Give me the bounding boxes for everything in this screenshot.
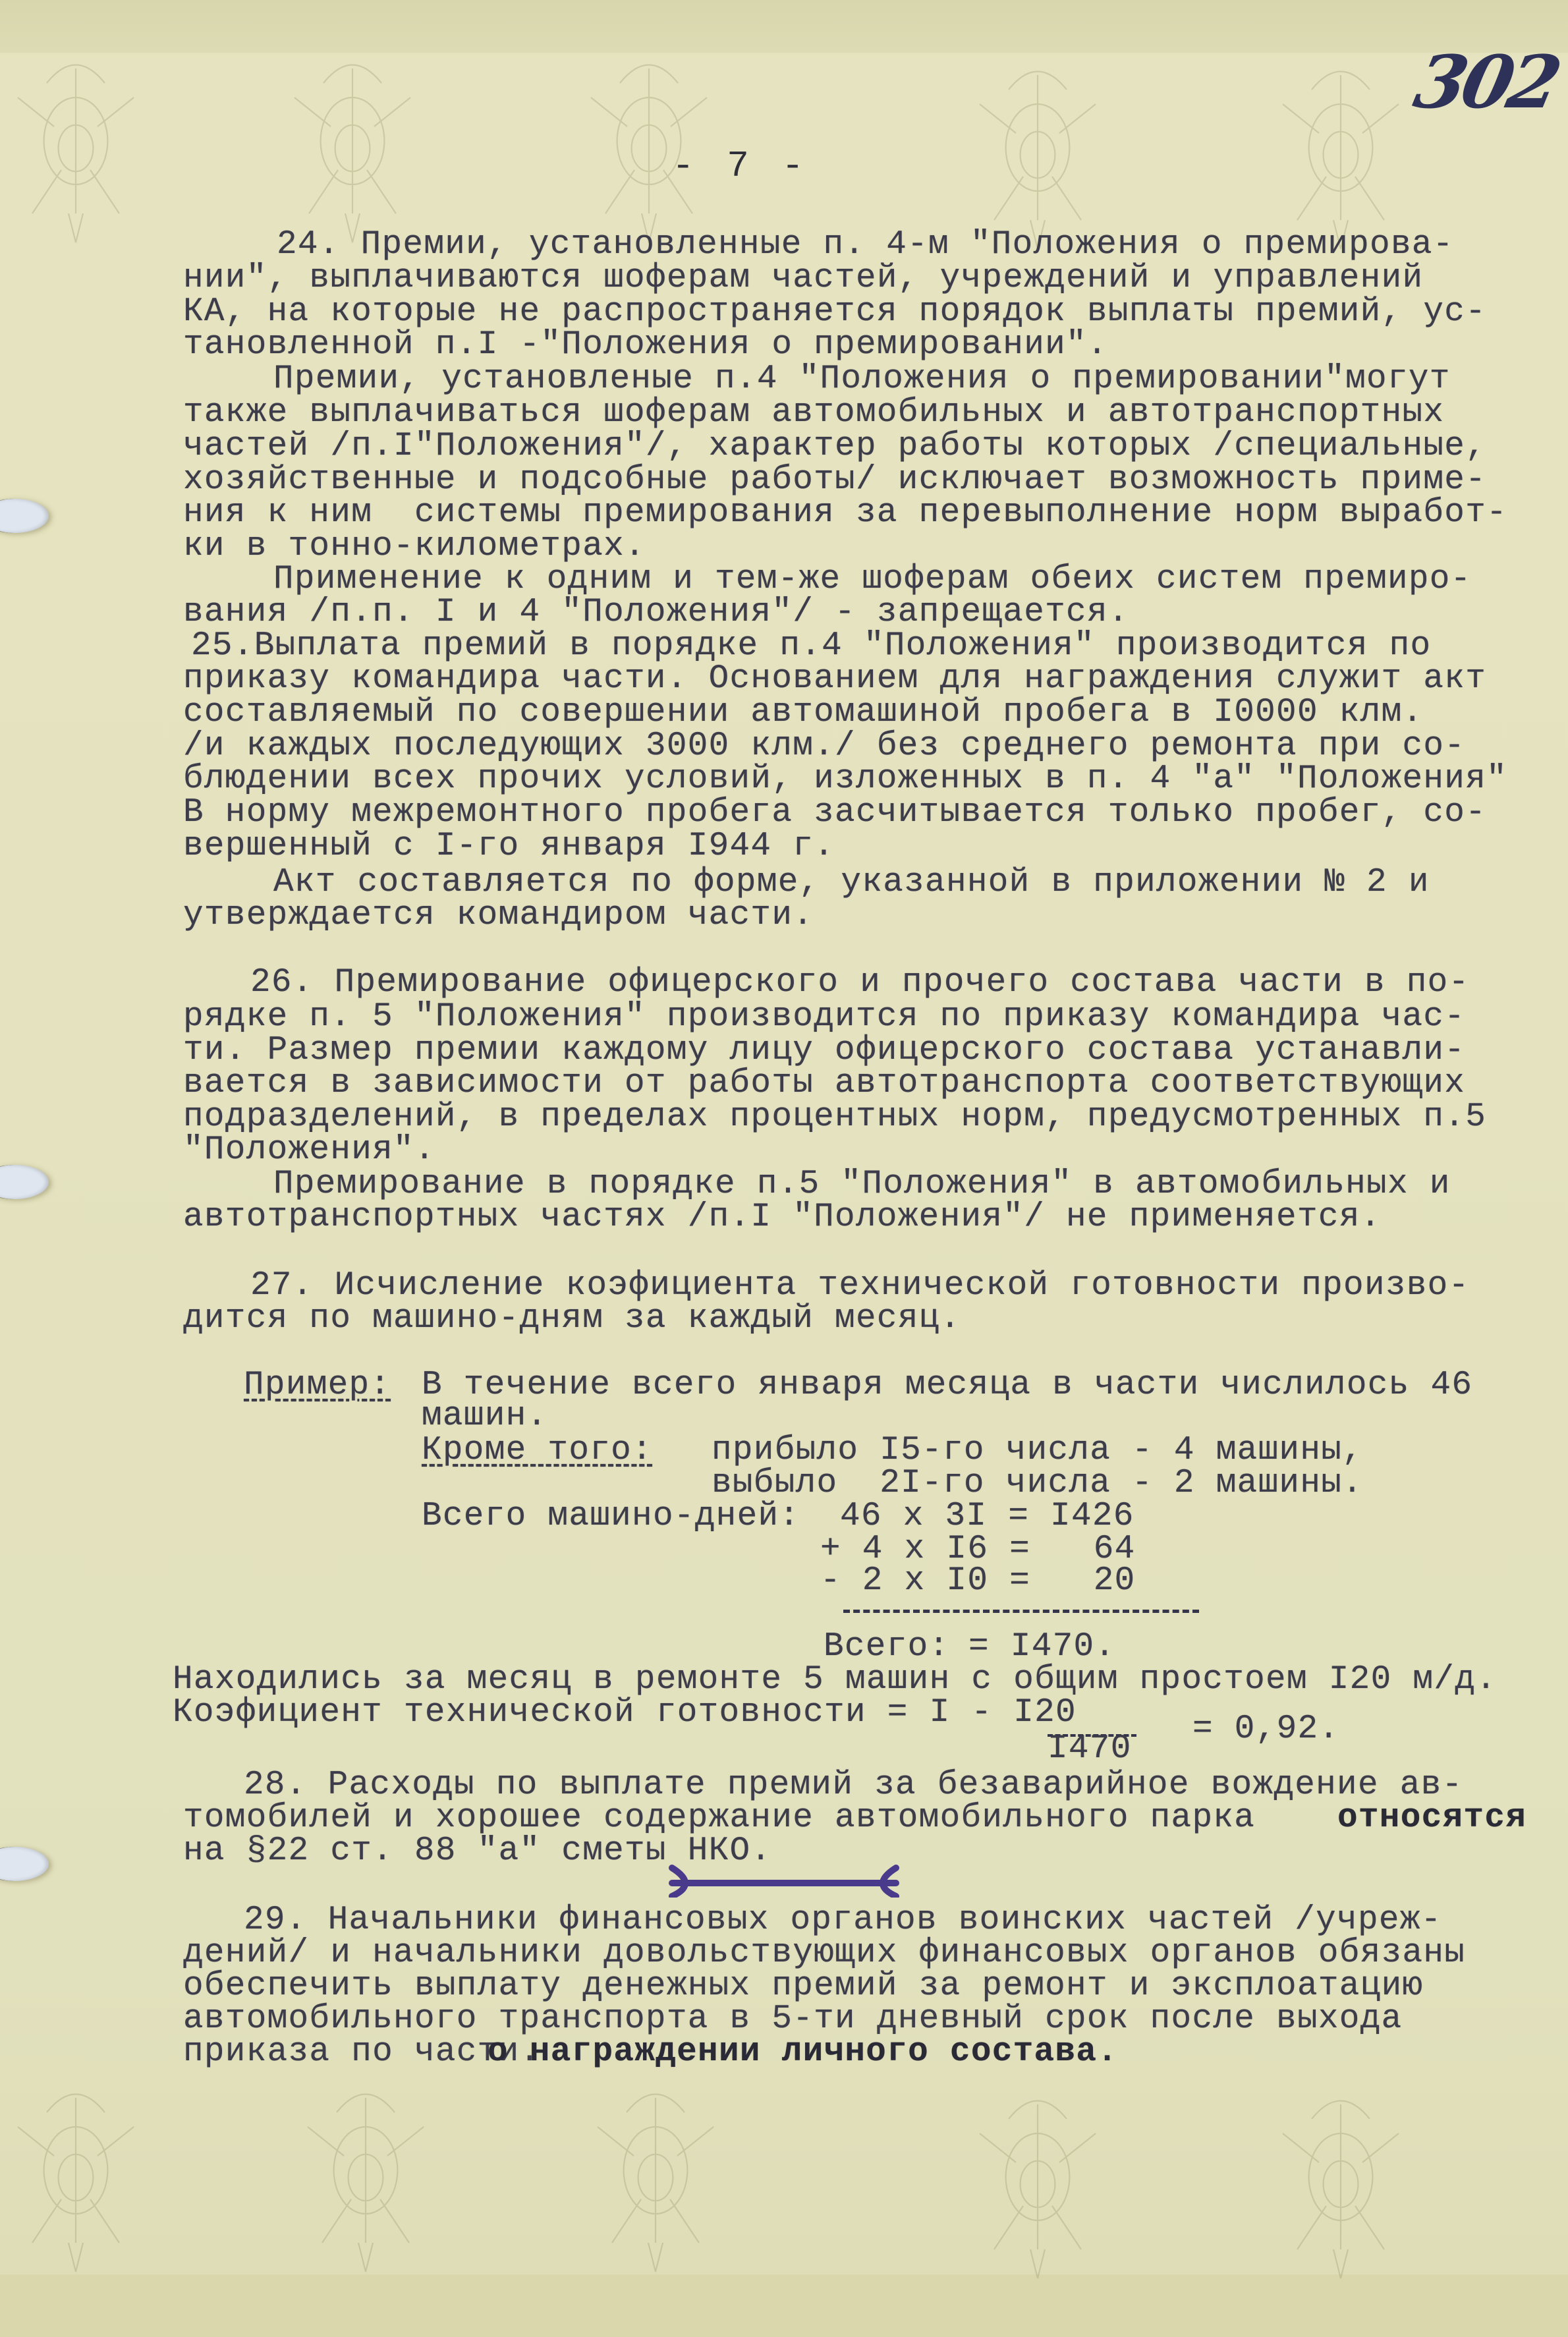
example-line: В течение всего января месяца в части чи… xyxy=(422,1366,1472,1405)
example-line: машин. xyxy=(422,1397,547,1436)
coef-line: Коэфициент технической готовности = I - … xyxy=(173,1693,1077,1733)
pen-separator-mark-icon xyxy=(659,1865,909,1898)
punch-hole xyxy=(0,1165,49,1199)
p25-line: вершенный с I-го января I944 г. xyxy=(183,827,835,866)
document-page: 302 - 7 - 24. Премии, установленные п. 4… xyxy=(0,0,1568,2337)
watermark-emblem-icon xyxy=(0,2069,152,2286)
p26-line: "Положения". xyxy=(183,1131,435,1170)
watermark-emblem-icon xyxy=(277,40,428,257)
punch-hole xyxy=(0,1847,49,1881)
watermark-emblem-icon xyxy=(580,2069,731,2286)
punch-hole xyxy=(0,499,49,533)
calc-line: - 2 x I0 = 20 xyxy=(820,1562,1136,1601)
coef-result: = 0,92. xyxy=(1192,1710,1339,1749)
p25b-line: утверждается командиром части. xyxy=(183,896,814,936)
p28-bold-word: относятся xyxy=(1337,1799,1526,1838)
watermark-emblem-icon xyxy=(1265,2075,1416,2293)
p26b-line: автотранспортных частях /п.I "Положения"… xyxy=(183,1198,1382,1237)
watermark-emblem-icon xyxy=(0,40,152,257)
handwritten-folio-number: 302 xyxy=(1407,40,1565,125)
total-machine-days-label: Всего машино-дней: xyxy=(422,1497,800,1536)
p26-line: 26. Премирование офицерского и прочего с… xyxy=(250,963,1470,1003)
besides-label: Кроме того: xyxy=(422,1431,653,1471)
p29-line-insert: о награждении личного состава. xyxy=(488,2033,1118,2072)
sum-rule xyxy=(843,1610,1199,1613)
p27-line: дится по машино-дням за каждый месяц. xyxy=(183,1299,961,1339)
example-label: Пример: xyxy=(244,1366,391,1405)
page-number: - 7 - xyxy=(672,145,809,187)
coef-denominator: I470 xyxy=(1048,1730,1132,1769)
watermark-emblem-icon xyxy=(962,2075,1113,2293)
scan-top-edge xyxy=(0,0,1568,53)
watermark-emblem-icon xyxy=(290,2069,441,2286)
p24-line: тановленной п.I -"Положения о премирован… xyxy=(183,325,1108,365)
